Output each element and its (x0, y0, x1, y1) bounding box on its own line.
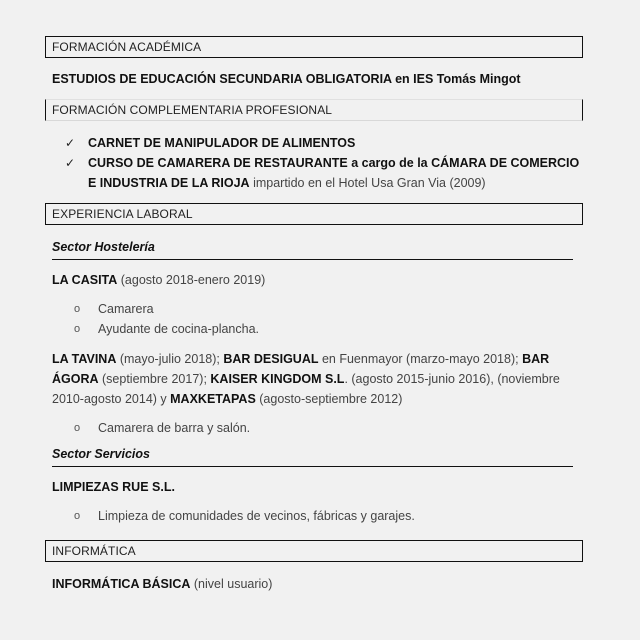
job-entry: LA CASITA (agosto 2018-enero 2019) (52, 270, 583, 290)
employer-name: MAXKETAPAS (170, 392, 256, 406)
list-item: ✓ CURSO DE CAMARERA DE RESTAURANTE a car… (65, 153, 583, 193)
list-item: oLimpieza de comunidades de vecinos, fáb… (74, 506, 583, 526)
check-icon: ✓ (65, 153, 88, 193)
complementary-list: ✓ CARNET DE MANIPULADOR DE ALIMENTOS ✓ C… (45, 133, 583, 193)
job-entry: LA TAVINA (mayo-julio 2018); BAR DESIGUA… (52, 349, 583, 409)
section-header-academic: FORMACIÓN ACADÉMICA (45, 36, 583, 58)
task-list: oCamareraoAyudante de cocina-plancha. (45, 299, 583, 339)
job-details: (mayo-julio 2018); (116, 352, 223, 366)
course-text: CURSO DE CAMARERA DE RESTAURANTE a cargo… (88, 153, 583, 193)
employer-name: LA CASITA (52, 273, 117, 287)
course-title: CURSO DE CAMARERA DE RESTAURANTE (88, 156, 348, 170)
academic-entry: ESTUDIOS DE EDUCACIÓN SECUNDARIA OBLIGAT… (52, 69, 583, 89)
circle-bullet-icon: o (74, 506, 98, 526)
sector-heading: Sector Servicios (52, 444, 573, 467)
task-text: Camarera de barra y salón. (98, 418, 250, 438)
task-text: Limpieza de comunidades de vecinos, fábr… (98, 506, 415, 526)
task-text: Camarera (98, 299, 154, 319)
academic-degree: ESTUDIOS DE EDUCACIÓN SECUNDARIA OBLIGAT… (52, 72, 392, 86)
cv-document: FORMACIÓN ACADÉMICA ESTUDIOS DE EDUCACIÓ… (45, 36, 583, 594)
experience-body: Sector HosteleríaLA CASITA (agosto 2018-… (45, 237, 583, 526)
list-item: oAyudante de cocina-plancha. (74, 319, 583, 339)
circle-bullet-icon: o (74, 418, 98, 438)
circle-bullet-icon: o (74, 319, 98, 339)
academic-school: IES Tomás Mingot (413, 72, 520, 86)
section-header-experience: EXPERIENCIA LABORAL (45, 203, 583, 225)
employer-name: KAISER KINGDOM S.L (210, 372, 344, 386)
list-item: oCamarera (74, 299, 583, 319)
employer-name: LIMPIEZAS RUE S.L. (52, 480, 175, 494)
task-text: Ayudante de cocina-plancha. (98, 319, 259, 339)
academic-connector: en (392, 72, 414, 86)
course-title: CARNET DE MANIPULADOR DE ALIMENTOS (88, 136, 355, 150)
list-item: oCamarera de barra y salón. (74, 418, 583, 438)
job-details: (septiembre 2017); (99, 372, 211, 386)
list-item: ✓ CARNET DE MANIPULADOR DE ALIMENTOS (65, 133, 583, 153)
computing-level: (nivel usuario) (190, 577, 272, 591)
section-header-computing: INFORMÁTICA (45, 540, 583, 562)
course-text: CARNET DE MANIPULADOR DE ALIMENTOS (88, 133, 355, 153)
employer-name: BAR DESIGUAL (223, 352, 318, 366)
section-header-complementary: FORMACIÓN COMPLEMENTARIA PROFESIONAL (45, 99, 583, 121)
course-connector: a cargo de la (348, 156, 431, 170)
job-details: (agosto 2018-enero 2019) (117, 273, 265, 287)
task-list: oLimpieza de comunidades de vecinos, fáb… (45, 506, 583, 526)
job-entry: LIMPIEZAS RUE S.L. (52, 477, 583, 497)
computing-skill: INFORMÁTICA BÁSICA (52, 577, 190, 591)
check-icon: ✓ (65, 133, 88, 153)
sector-heading: Sector Hostelería (52, 237, 573, 260)
job-details: en Fuenmayor (marzo-mayo 2018); (319, 352, 523, 366)
computing-entry: INFORMÁTICA BÁSICA (nivel usuario) (52, 574, 583, 594)
task-list: oCamarera de barra y salón. (45, 418, 583, 438)
employer-name: LA TAVINA (52, 352, 116, 366)
course-details: impartido en el Hotel Usa Gran Via (2009… (250, 176, 486, 190)
circle-bullet-icon: o (74, 299, 98, 319)
job-details: (agosto-septiembre 2012) (256, 392, 403, 406)
